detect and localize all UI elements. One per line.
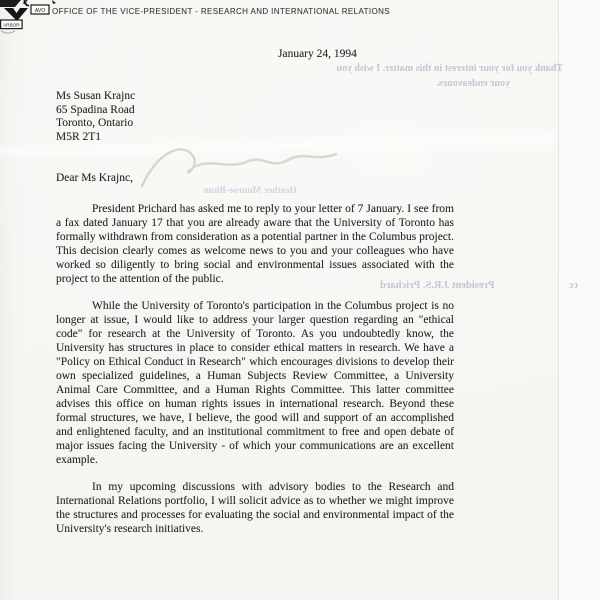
scanned-letter-page: Thank you for your interest in this matt… xyxy=(0,0,600,600)
recipient-postal-code: M5R 2T1 xyxy=(56,131,135,145)
letter-date: January 24, 1994 xyxy=(278,48,357,60)
bleedthrough-signature-icon xyxy=(138,140,343,198)
letter-paragraph: In my upcoming discussions with advisory… xyxy=(56,480,454,536)
recipient-street: 65 Spadina Road xyxy=(56,104,135,118)
crest-banner-left-label: ARBOR xyxy=(3,23,20,28)
bleedthrough-endeavours-line: your endeavours. xyxy=(410,78,510,89)
scan-edge-strip xyxy=(558,0,600,600)
university-crest-icon: AVO ARBOR xyxy=(0,0,62,36)
crest-banner-right-label: AVO xyxy=(35,8,45,14)
salutation: Dear Ms Krajnc, xyxy=(56,172,133,184)
recipient-address-block: Ms Susan Krajnc 65 Spadina Road Toronto,… xyxy=(56,90,135,144)
bleedthrough-thanks-line: Thank you for your interest in this matt… xyxy=(255,63,563,74)
bleedthrough-signature-name: Heather Munroe-Blum xyxy=(193,186,297,196)
letterhead-office-line: OFFICE OF THE VICE-PRESIDENT - RESEARCH … xyxy=(52,7,390,17)
recipient-name: Ms Susan Krajnc xyxy=(56,90,135,104)
recipient-city: Toronto, Ontario xyxy=(56,117,135,131)
letter-paragraph: President Prichard has asked me to reply… xyxy=(56,202,454,286)
letter-paragraph: While the University of Toronto's partic… xyxy=(56,299,454,467)
letter-body: President Prichard has asked me to reply… xyxy=(56,202,454,549)
